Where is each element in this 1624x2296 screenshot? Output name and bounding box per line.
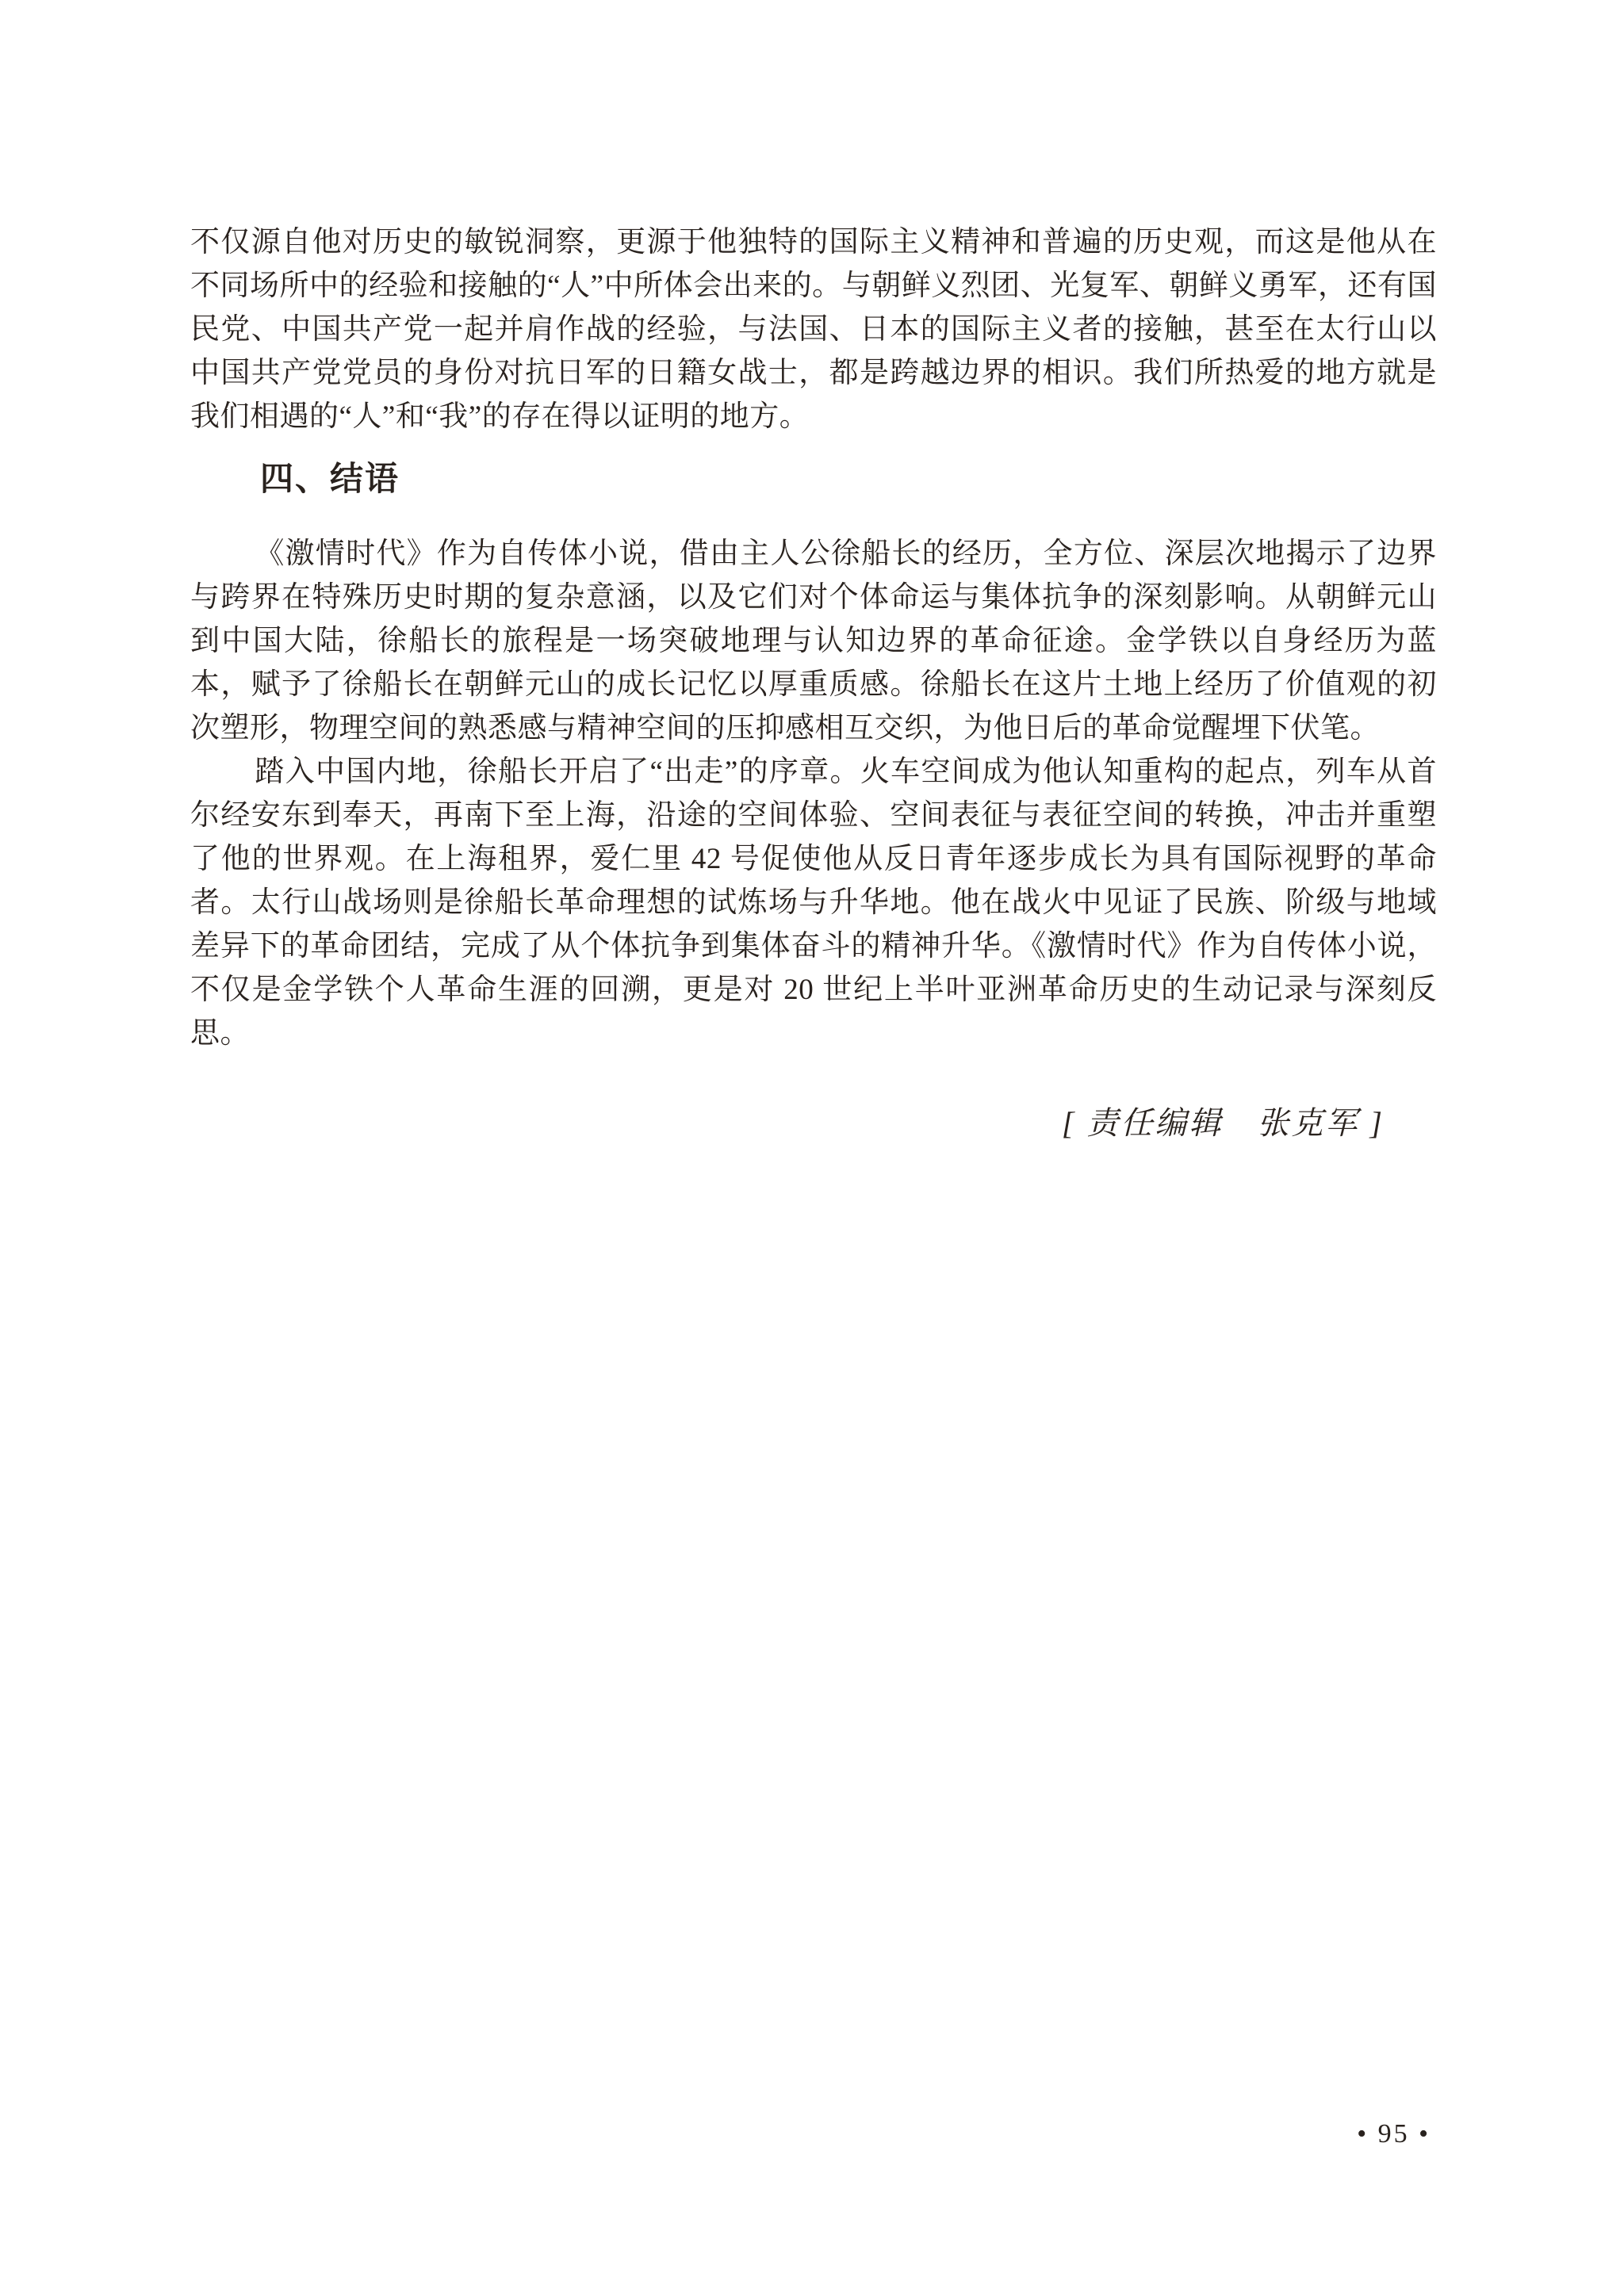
paragraph-conclusion-2: 踏入中国内地，徐船长开启了“出走”的序章。火车空间成为他认知重构的起点，列车从首… (190, 750, 1437, 1055)
article-body: 不仅源自他对历史的敏锐洞察，更源于他独特的国际主义精神和普遍的历史观，而这是他从… (190, 220, 1437, 1142)
document-page: { "page": { "number": "• 95 •" }, "docum… (0, 0, 1624, 2296)
page-number: • 95 • (1357, 2118, 1431, 2150)
section-heading-conclusion: 四、结语 (260, 459, 1437, 499)
editor-note: [ 责任编辑 张克军 ] (190, 1104, 1437, 1142)
paragraph-continuation: 不仅源自他对历史的敏锐洞察，更源于他独特的国际主义精神和普遍的历史观，而这是他从… (190, 220, 1437, 438)
paragraph-conclusion-1: 《激情时代》作为自传体小说，借由主人公徐船长的经历，全方位、深层次地揭示了边界与… (190, 532, 1437, 750)
